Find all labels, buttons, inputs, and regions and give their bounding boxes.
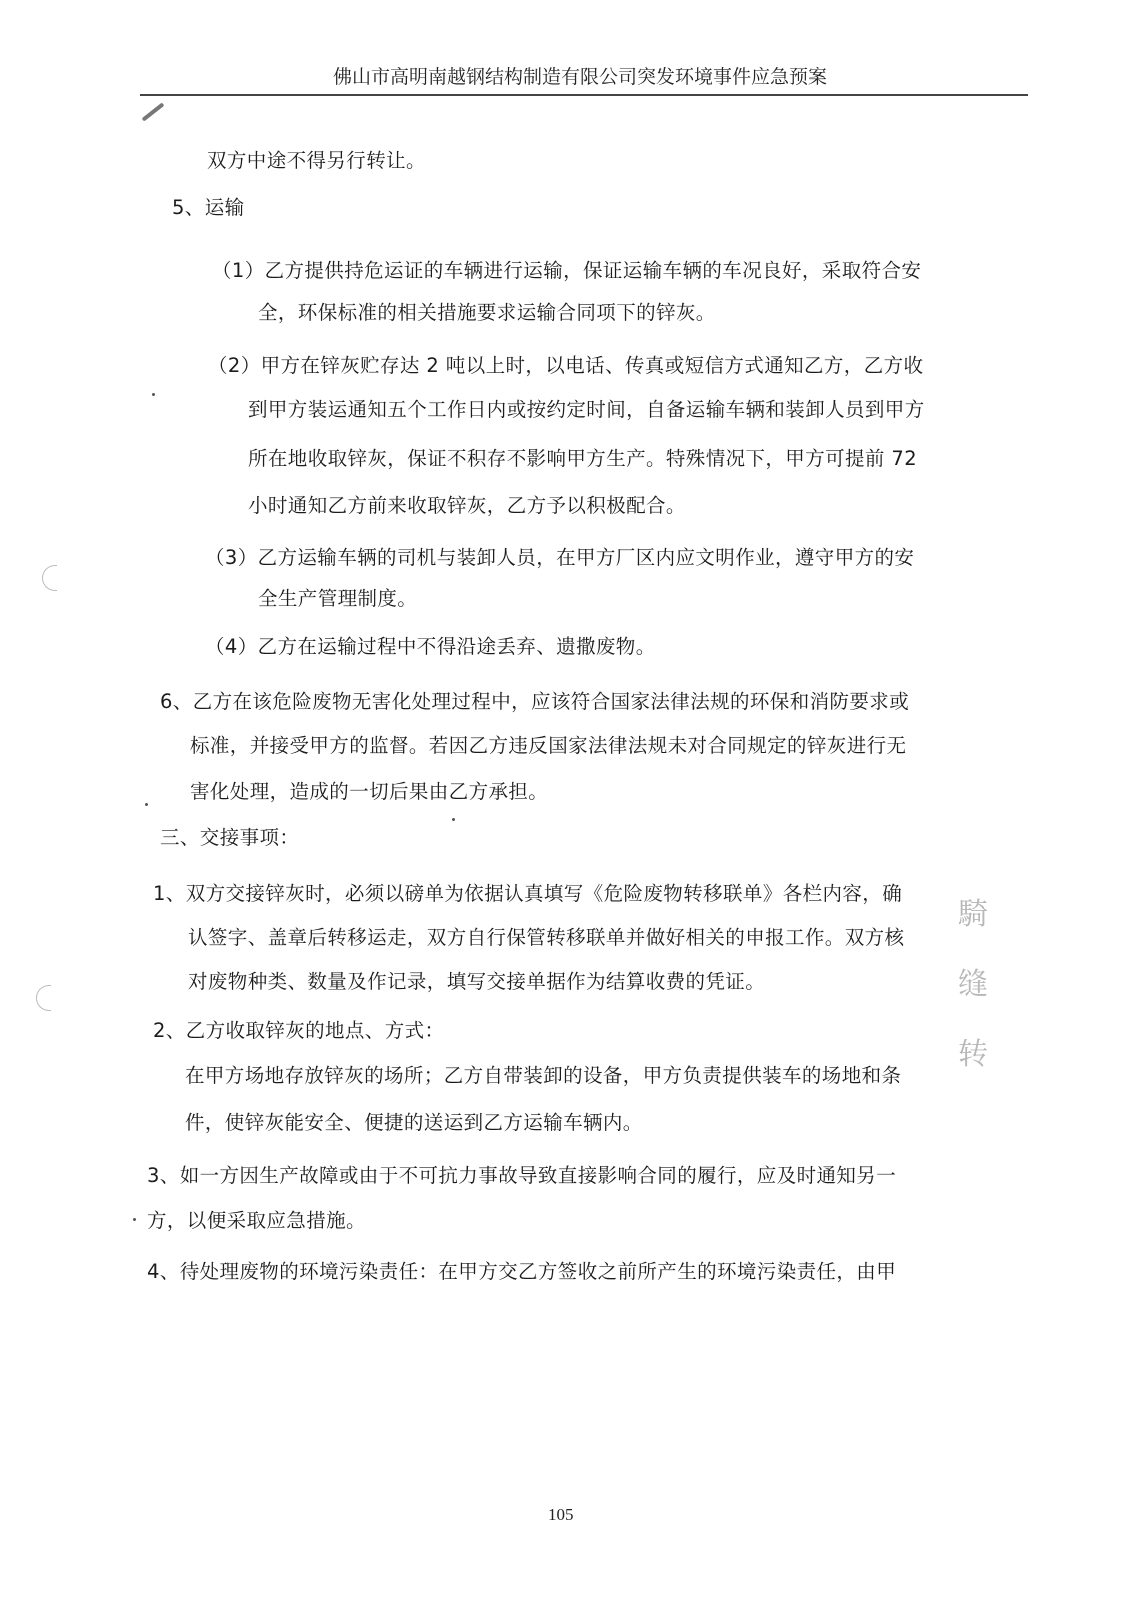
- header-divider: [140, 94, 1028, 96]
- stamp-char: 缝: [948, 950, 998, 1020]
- text-line: 3、如一方因生产故障或由于不可抗力事故导致直接影响合同的履行，应及时通知另一: [147, 1160, 896, 1188]
- scan-dot: [133, 1218, 136, 1221]
- punch-hole-mark: [42, 565, 57, 591]
- text-line: 对废物种类、数量及作记录，填写交接单据作为结算收费的凭证。: [188, 966, 765, 994]
- pen-mark: [142, 102, 165, 121]
- text-line: （2）甲方在锌灰贮存达 2 吨以上时，以电话、传真或短信方式通知乙方，乙方收: [208, 350, 923, 378]
- text-line: 害化处理，造成的一切后果由乙方承担。: [190, 776, 548, 804]
- text-line: 方，以便采取应急措施。: [147, 1205, 366, 1233]
- text-line: 2、乙方收取锌灰的地点、方式：: [153, 1015, 444, 1043]
- text-line: 在甲方场地存放锌灰的场所；乙方自带装卸的设备，甲方负责提供装车的场地和条: [185, 1060, 901, 1088]
- punch-hole-mark: [36, 985, 51, 1011]
- scan-dot: [152, 393, 155, 396]
- text-line: 1、双方交接锌灰时，必须以磅单为依据认真填写《危险废物转移联单》各栏内容，确: [153, 878, 902, 906]
- text-line: （1）乙方提供持危运证的车辆进行运输，保证运输车辆的车况良好，采取符合安: [212, 255, 921, 283]
- text-line: 认签字、盖章后转移运走，双方自行保管转移联单并做好相关的申报工作。双方核: [188, 922, 904, 950]
- document-page: 佛山市高明南越钢结构制造有限公司突发环境事件应急预案 双方中途不得另行转让。5、…: [0, 0, 1131, 1600]
- seam-stamp-mark: 騎 缝 转: [948, 880, 998, 1100]
- text-line: 5、运输: [172, 192, 245, 220]
- stamp-char: 騎: [948, 880, 998, 950]
- text-line: 件，使锌灰能安全、便捷的送运到乙方运输车辆内。: [185, 1107, 643, 1135]
- document-header-title: 佛山市高明南越钢结构制造有限公司突发环境事件应急预案: [320, 62, 840, 89]
- text-line: 全，环保标准的相关措施要求运输合同项下的锌灰。: [258, 297, 716, 325]
- text-line: 三、交接事项：: [160, 822, 299, 850]
- text-line: 所在地收取锌灰，保证不积存不影响甲方生产。特殊情况下，甲方可提前 72: [248, 443, 917, 471]
- text-line: 全生产管理制度。: [258, 583, 417, 611]
- scan-dot: [145, 803, 148, 806]
- text-line: 到甲方装运通知五个工作日内或按约定时间，自备运输车辆和装卸人员到甲方: [248, 394, 925, 422]
- text-line: 4、待处理废物的环境污染责任：在甲方交乙方签收之前所产生的环境污染责任，由甲: [147, 1256, 896, 1284]
- page-number: 105: [548, 1505, 574, 1525]
- text-line: 标准，并接受甲方的监督。若因乙方违反国家法律法规未对合同规定的锌灰进行无: [190, 730, 906, 758]
- text-line: 6、乙方在该危险废物无害化处理过程中，应该符合国家法律法规的环保和消防要求或: [160, 686, 909, 714]
- text-line: 小时通知乙方前来收取锌灰，乙方予以积极配合。: [248, 490, 686, 518]
- text-line: （3）乙方运输车辆的司机与装卸人员，在甲方厂区内应文明作业，遵守甲方的安: [205, 542, 914, 570]
- stamp-char: 转: [948, 1020, 998, 1090]
- text-line: 双方中途不得另行转让。: [207, 145, 426, 173]
- scan-dot: [452, 818, 455, 821]
- text-line: （4）乙方在运输过程中不得沿途丢弃、遗撒废物。: [205, 631, 656, 659]
